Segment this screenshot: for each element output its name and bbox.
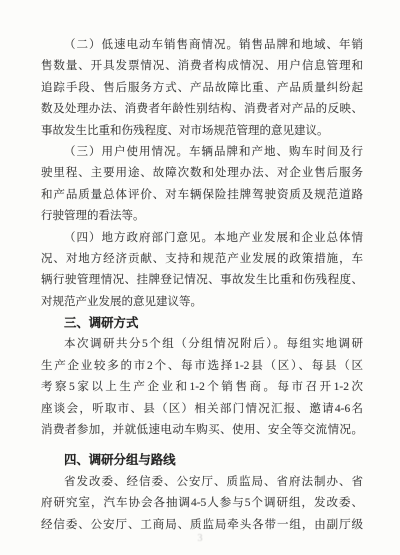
- text-line: 追踪手段、售后服务方式、产品故障比重、产品质量纠纷起: [41, 78, 363, 99]
- text-line: 座谈会，听取市、县（区）相关部门情况汇报、邀请4-6名: [41, 399, 363, 420]
- text-line: 数及处理办法、消费者年龄性别结构、消费者对产品的反映、: [41, 99, 363, 120]
- paragraph: （四）地方政府部门意见。本地产业发展和企业总体情况、对地方经济贡献、支持和规范产…: [41, 228, 363, 314]
- page-number: 3: [192, 533, 208, 544]
- text-line: 对规范产业发展的意见建议等。: [41, 292, 363, 313]
- text-line: 四、调研分组与路线: [41, 450, 363, 471]
- section-heading: 三、调研方式: [41, 313, 363, 334]
- text-line: 省发改委、经信委、公安厅、质监局、省府法制办、省: [41, 472, 363, 493]
- text-line: 消费者参加，并就低速电动车购买、使用、安全等交流情况。: [41, 420, 363, 441]
- text-line: 售数量、开具发票情况、消费者构成情况、用户信息管理和: [41, 56, 363, 77]
- text-line: 事故发生比重和伤残程度、对市场规范管理的意见建议。: [41, 121, 363, 142]
- paragraph: 本次调研共分5个组（分组情况附后）。每组实地调研生产企业较多的市2个、每市选择1…: [41, 334, 363, 441]
- text-line: （三）用户使用情况。车辆品牌和产地、购车时间及行: [41, 142, 363, 163]
- text-line: 驶里程、主要用途、故障次数和处理办法、对企业售后服务: [41, 163, 363, 184]
- text-line: 府研究室，汽车协会各抽调4-5人参与5个调研组，发改委、: [41, 493, 363, 514]
- text-line: （四）地方政府部门意见。本地产业发展和企业总体情: [41, 228, 363, 249]
- document-page: （二）低速电动车销售商情况。销售品牌和地域、年销售数量、开具发票情况、消费者构成…: [0, 0, 400, 555]
- text-line: 三、调研方式: [41, 313, 363, 334]
- document-text-block: （二）低速电动车销售商情况。销售品牌和地域、年销售数量、开具发票情况、消费者构成…: [41, 35, 363, 536]
- text-line: 和产品质量总体评价、对车辆保险挂牌驾驶资质及规范道路: [41, 185, 363, 206]
- paragraph: （三）用户使用情况。车辆品牌和产地、购车时间及行驶里程、主要用途、故障次数和处理…: [41, 142, 363, 228]
- text-line: （二）低速电动车销售商情况。销售品牌和地域、年销: [41, 35, 363, 56]
- text-line: 本次调研共分5个组（分组情况附后）。每组实地调研: [41, 334, 363, 355]
- text-line: 考察5家以上生产企业和1-2个销售商。每市召开1-2次: [41, 377, 363, 398]
- section-heading: 四、调研分组与路线: [41, 450, 363, 471]
- paragraph: （二）低速电动车销售商情况。销售品牌和地域、年销售数量、开具发票情况、消费者构成…: [41, 35, 363, 142]
- text-line: 辆行驶管理情况、挂牌登记情况、事故发生比重和伤残程度、: [41, 270, 363, 291]
- text-line: 行驶管理的看法等。: [41, 206, 363, 227]
- paragraph: 省发改委、经信委、公安厅、质监局、省府法制办、省府研究室，汽车协会各抽调4-5人…: [41, 472, 363, 536]
- text-line: 况、对地方经济贡献、支持和规范产业发展的政策措施，车: [41, 249, 363, 270]
- text-line: 生产企业较多的市2个、每市选择1-2县（区）、每县（区: [41, 356, 363, 377]
